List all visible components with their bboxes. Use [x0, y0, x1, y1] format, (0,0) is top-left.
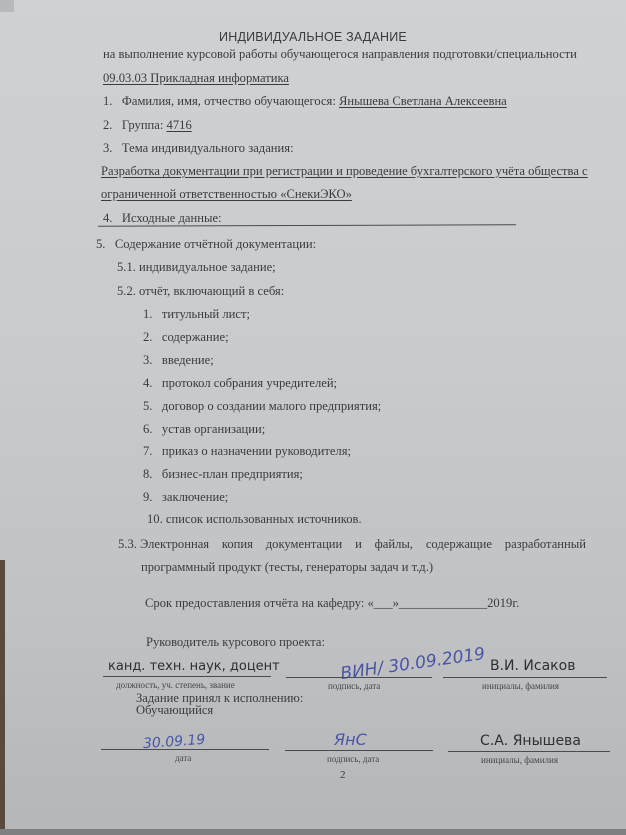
report-part-9: 9. заключение;	[143, 490, 228, 505]
item-number: 3.	[103, 141, 112, 155]
report-part-8: 8. бизнес-план предприятия;	[143, 467, 303, 482]
item-label: Фамилия, имя, отчество обучающегося:	[122, 94, 336, 108]
item-5: 5. Содержание отчётной документации:	[96, 237, 316, 252]
group-number: 4716	[167, 118, 192, 132]
specialty: 09.03.03 Прикладная информатика	[103, 71, 289, 86]
subitem-5-2: 5.2. отчёт, включающий в себя:	[117, 284, 284, 299]
subitem-5-3-line-2: программный продукт (тесты, генераторы з…	[141, 560, 433, 575]
item-label: Содержание отчётной документации:	[115, 237, 316, 251]
signature-line	[286, 677, 432, 678]
supervisor-heading: Руководитель курсового проекта:	[146, 635, 325, 650]
name-caption: инициалы, фамилия	[482, 679, 559, 694]
date-caption: дата	[175, 751, 191, 766]
student-name: С.А. Янышева	[480, 734, 581, 749]
student-signature: ЯнС	[334, 730, 367, 749]
student-name-line	[448, 751, 610, 752]
report-part-1: 1. титульный лист;	[143, 307, 250, 322]
supervisor-name: В.И. Исаков	[490, 659, 575, 674]
item-label: Тема индивидуального задания:	[122, 141, 294, 155]
report-part-7: 7. приказ о назначении руководителя;	[143, 444, 351, 459]
report-part-6: 6. устав организации;	[143, 422, 265, 437]
report-part-3: 3. введение;	[143, 353, 214, 368]
item-4: 4. Исходные данные:	[103, 211, 222, 226]
document-title: ИНДИВИДУАЛЬНОЕ ЗАДАНИЕ	[0, 30, 626, 45]
report-part-4: 4. протокол собрания учредителей;	[143, 376, 337, 391]
deadline-text: Срок предоставления отчёта на кафедру: «…	[145, 596, 519, 611]
item-number: 5.	[96, 237, 105, 251]
photo-edge-left	[0, 560, 5, 835]
subitem-5-1: 5.1. индивидуальное задание;	[117, 260, 276, 275]
report-part-5: 5. договор о создании малого предприятия…	[143, 399, 381, 414]
position-line	[103, 676, 271, 677]
report-part-2: 2. содержание;	[143, 330, 229, 345]
name-line	[443, 677, 607, 678]
topic-line-1: Разработка документации при регистрации …	[101, 164, 588, 179]
item-number: 4.	[103, 211, 112, 225]
item-3: 3. Тема индивидуального задания:	[103, 141, 294, 156]
item-number: 1.	[103, 94, 112, 108]
student-name-caption: инициалы, фамилия	[481, 753, 558, 768]
item-2: 2. Группа: 4716	[103, 118, 192, 133]
item-label: Исходные данные:	[122, 211, 222, 225]
student-signature-caption: подпись, дата	[327, 752, 379, 767]
student-full-name: Янышева Светлана Алексеевна	[339, 94, 507, 108]
subitem-5-3-line-1: Электронная копия документации и файлы, …	[140, 537, 586, 552]
item-label: Группа:	[122, 118, 163, 132]
supervisor-position: канд. техн. наук, доцент	[108, 659, 280, 674]
report-part-10: 10. список использованных источников.	[147, 512, 362, 527]
intro-text: на выполнение курсовой работы обучающего…	[103, 47, 577, 62]
photo-corner	[0, 0, 14, 12]
source-data-blank-line	[98, 224, 516, 226]
photo-edge-bottom	[0, 829, 626, 835]
signature-caption: подпись, дата	[328, 679, 380, 694]
page-number: 2	[340, 768, 346, 783]
student-label: Обучающийся	[136, 703, 213, 718]
item-1: 1. Фамилия, имя, отчество обучающегося: …	[103, 94, 507, 109]
item-number: 2.	[103, 118, 112, 132]
subitem-5-3-number: 5.3.	[118, 537, 137, 552]
student-signature-line	[285, 750, 433, 751]
date-line	[101, 749, 269, 750]
topic-line-2: ограниченной ответственностью «СнекиЭКО»	[101, 187, 352, 202]
